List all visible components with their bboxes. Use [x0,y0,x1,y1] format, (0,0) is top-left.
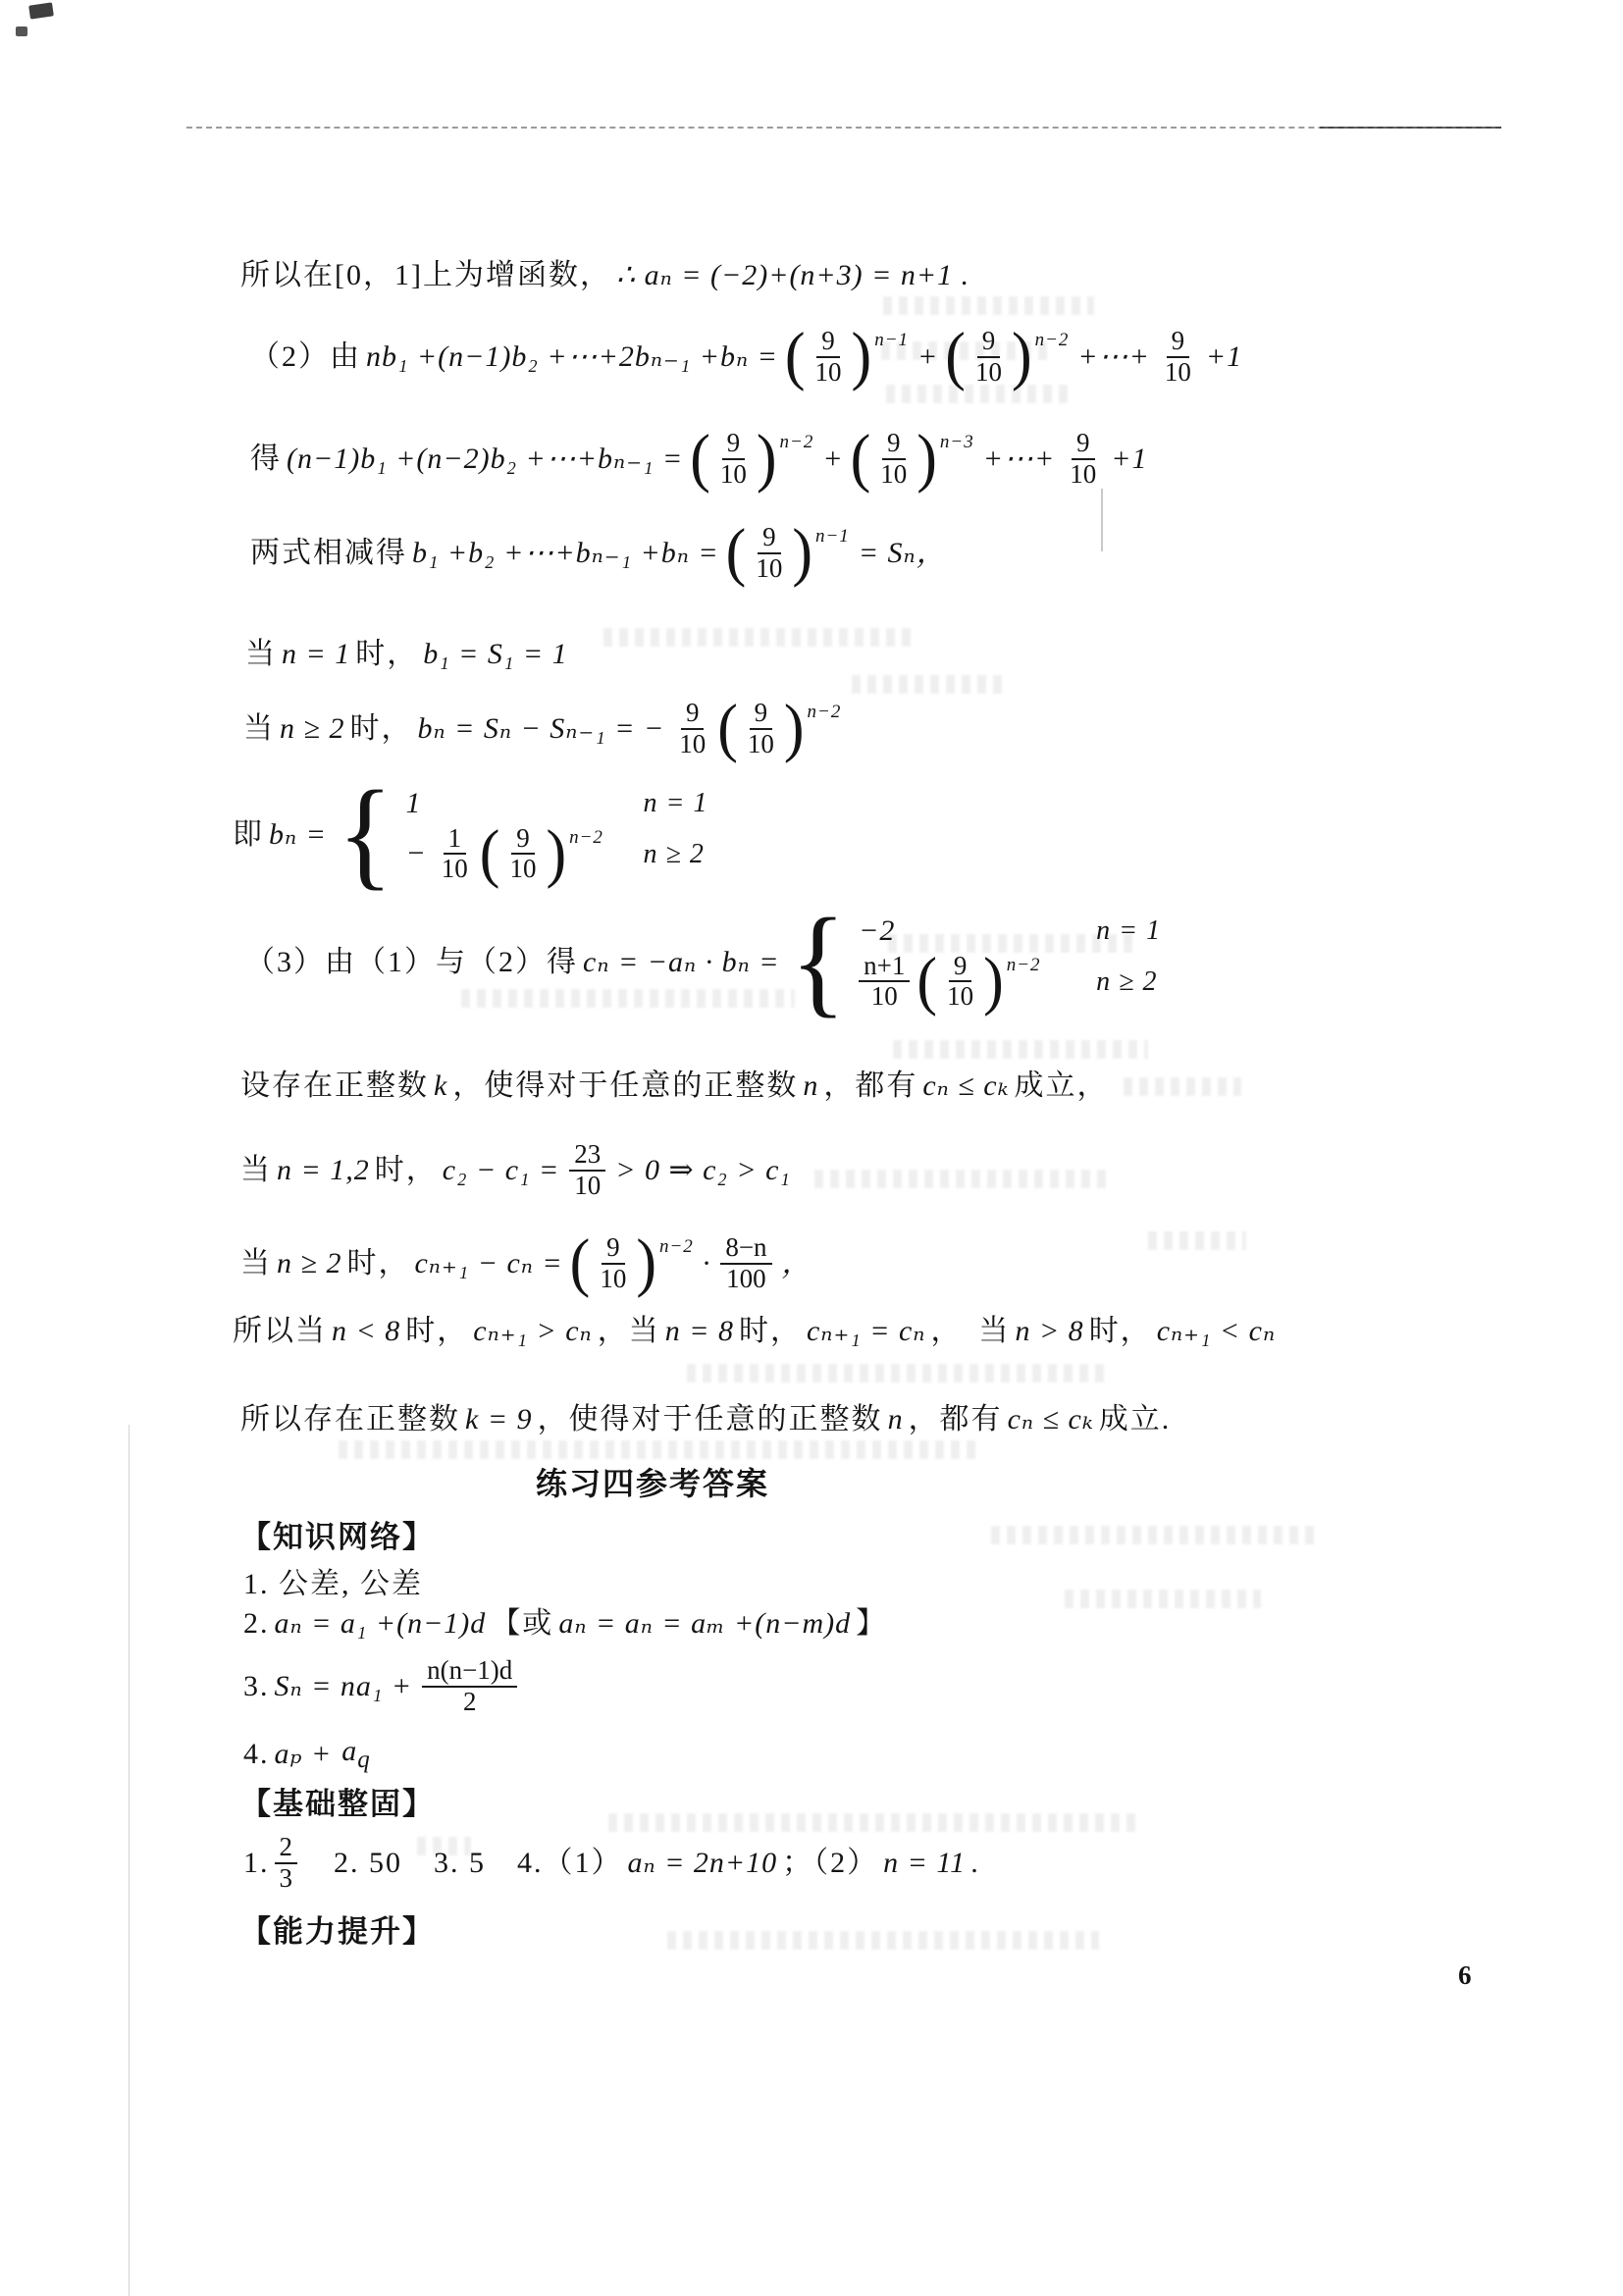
math-run: b₁ +b₂ +⋯+bₙ₋₁ +bₙ = [412,535,719,572]
math-run: n [803,1068,818,1105]
scan-bleedthrough-artifact [608,1813,1138,1832]
text-run: 所以当 [233,1313,327,1350]
text-run: 【或 [491,1605,553,1643]
text-run: 【基础整固】 [240,1786,435,1824]
text-run: 时， [355,636,418,673]
math-run: nb₁ +(n−1)b₂ +⋯+2bₙ₋₁ +bₙ = [366,339,778,376]
fraction-denominator: 10 [595,1265,631,1294]
parenthesized-fraction: (910)n−2 [480,824,605,884]
math-run: cₙ₊₁ = cₙ [807,1313,925,1350]
text-run: 时， [349,710,412,748]
scan-bleedthrough-artifact [886,385,1068,403]
fraction-denominator: 10 [866,982,903,1012]
scanned-page: 所以在[0，1]上为增函数，∴ aₙ = (−2)+(n+3) = n+1 .（… [0,0,1623,2296]
text-run: 当 [240,1245,272,1282]
close-paren: ) [757,431,777,487]
scan-bleedthrough-artifact [339,1440,976,1459]
exponent: n−2 [569,826,603,850]
text-run: 时， [739,1313,802,1350]
case-value: n+110(910)n−2 [854,952,1074,1012]
fraction-numerator: 9 [681,699,705,730]
fraction: n+110 [859,952,910,1012]
fraction: 910 [715,429,752,489]
math-run: k = 9 [465,1401,533,1438]
line-part2-shifted: 得(n−1)b₁ +(n−2)b₂ +⋯+bₙ₋₁ =(910)n−2+(910… [250,429,1153,489]
fraction: 910 [1160,327,1196,387]
scan-solid-line [1320,127,1501,129]
math-run: n ≥ 2 [280,710,344,748]
case-rows: −2n = 1n+110(910)n−2n ≥ 2 [854,913,1161,1012]
case-row: n+110(910)n−2n ≥ 2 [854,952,1161,1012]
open-paren: ( [717,701,738,757]
piecewise-cases: {1n = 1−110(910)n−2n ≥ 2 [338,785,708,884]
fraction-numerator: 9 [949,952,972,983]
text-run: 4. [243,1736,270,1773]
text-run: . [970,1845,980,1882]
math-run: bₙ = Sₙ − Sₙ₋₁ = − [417,710,664,748]
case-rows: 1n = 1−110(910)n−2n ≥ 2 [401,785,708,884]
scan-bleedthrough-artifact [603,628,917,647]
line-part3-cn: （3）由（1）与（2）得cₙ = −aₙ · bₙ ={−2n = 1n+110… [245,913,1161,1012]
text-run: 2. [243,1605,270,1643]
fraction-numerator: 9 [977,327,1001,358]
scan-left-fold-line [129,1425,130,2296]
line-case-n1: 当n = 1时，b₁ = S₁ = 1 [245,636,573,673]
case-condition: n = 1 [644,786,708,820]
answers-title: 练习四参考答案 [0,1464,1305,1503]
scan-bleedthrough-artifact [1148,1231,1246,1250]
math-run: aₙ = a₁ +(n−1)d [275,1605,487,1643]
section-improvement: 【能力提升】 [240,1913,435,1952]
exponent: n−1 [874,329,909,352]
text-run: （2）由 [250,339,361,376]
text-run: 练习四参考答案 [536,1464,769,1503]
scan-bleedthrough-artifact [991,1526,1315,1544]
math-run: bₙ = [269,816,327,854]
scan-bleedthrough-artifact [1065,1590,1261,1608]
math-run: > 0 ⇒ c₂ > c₁ [615,1152,791,1189]
text-run: 得 [250,441,282,478]
text-run: 设存在正整数 [240,1068,429,1105]
open-paren: ( [570,1235,591,1291]
text-run: ；（2） [782,1845,878,1882]
text-run: 即 [233,816,264,854]
text-run: 成立， [1015,1068,1109,1105]
left-brace: { [791,913,847,1011]
case-value: −2 [854,913,1074,950]
fraction-numerator: 9 [511,824,535,856]
text-run: 当 [240,1152,272,1189]
math-run: n = 1,2 [277,1152,370,1189]
line-diff-cn: 当n ≥ 2时，cₙ₊₁ − cₙ =(910)n−2·8−n100， [240,1233,817,1293]
math-run: aₙ = aₙ = aₘ +(n−m)d [558,1605,851,1643]
text-run: ，都有 [823,1068,917,1105]
math-run: Sₙ = na₁ + [275,1668,413,1705]
fraction-denominator: 10 [743,730,779,759]
text-run: ，当 [598,1313,660,1350]
parenthesized-fraction: (910)n−2 [916,952,1042,1012]
exponent: n−1 [815,525,850,548]
fraction-numerator: 1 [444,824,467,856]
fraction-denominator: 10 [811,358,847,388]
case-row: −2n = 1 [854,913,1161,950]
line-bn-piecewise: 即bₙ ={1n = 1−110(910)n−2n ≥ 2 [233,785,707,884]
case-row: 1n = 1 [401,785,708,822]
fraction-denominator: 10 [674,730,710,759]
text-run: （3）由（1）与（2）得 [245,944,578,981]
math-run: + [822,441,843,478]
knowledge-item-4: 4. aₚ +aq [243,1733,376,1775]
close-paren: ) [852,329,872,385]
fraction: 910 [1065,429,1101,489]
exponent: n−2 [1035,329,1070,352]
open-paren: ( [785,329,806,385]
fraction: 2310 [569,1140,605,1200]
text-run: 成立. [1099,1401,1172,1438]
line-subtract: 两式相减得b₁ +b₂ +⋯+bₙ₋₁ +bₙ =(910)n−1= Sₙ， [250,523,952,583]
piecewise-cases: {−2n = 1n+110(910)n−2n ≥ 2 [791,913,1162,1012]
text-run: 1. [243,1845,270,1882]
scan-bleedthrough-artifact [814,1170,1109,1188]
text-run: 1. 公差, 公差 [243,1566,423,1603]
math-run: ∴ aₙ = (−2)+(n+3) = n+1 . [616,257,969,294]
left-brace: { [338,786,393,883]
text-run: 所以在[0，1]上为增函数， [240,257,611,294]
math-run: n ≥ 2 [277,1245,341,1282]
math-run: +⋯+ [983,441,1056,478]
close-paren: ) [784,701,805,757]
math-run: aq [341,1733,371,1775]
fraction: 8−n100 [720,1233,771,1293]
line-case-n2: 当n ≥ 2时，bₙ = Sₙ − Sₙ₋₁ = −910(910)n−2 [243,699,845,758]
scan-dashed-line [186,127,1501,129]
exponent: n−3 [940,431,974,454]
fraction: 23 [275,1833,298,1893]
close-paren: ) [546,826,566,882]
parenthesized-fraction: (910)n−1 [785,327,911,387]
fraction-numerator: n+1 [859,952,910,983]
math-run: n = 1 [282,636,350,673]
open-paren: ( [945,329,966,385]
scan-corner-mark [28,2,54,19]
parenthesized-fraction: (910)n−2 [717,699,843,758]
text-run: ，都有 [909,1401,1003,1438]
fraction-numerator: 8−n [720,1233,771,1265]
exponent: n−2 [659,1235,694,1259]
math-run: c₂ − c₁ = [443,1152,559,1189]
close-paren: ) [916,431,937,487]
open-paren: ( [690,431,710,487]
text-run: ，使得对于任意的正整数 [538,1401,883,1438]
fraction-numerator: 9 [602,1233,625,1265]
section-basics: 【基础整固】 [240,1786,435,1824]
fraction-numerator: 9 [1167,327,1190,358]
text-run: 】 [856,1605,887,1643]
knowledge-item-3: 3. Sₙ = na₁ +n(n−1)d2 [243,1656,522,1716]
text-run: 两式相减得 [250,535,407,572]
open-paren: ( [851,431,871,487]
math-run: +1 [1111,441,1147,478]
math-run: b₁ = S₁ = 1 [423,636,567,673]
fraction-denominator: 10 [715,460,752,490]
math-run: +⋯+ [1077,339,1150,376]
scan-bleedthrough-artifact [852,675,1009,694]
math-run: aₙ = 2n+10 [628,1845,778,1882]
fraction: 910 [595,1233,631,1293]
open-paren: ( [480,826,500,882]
case-condition: n ≥ 2 [644,837,705,871]
scan-bleedthrough-artifact [893,1040,1148,1059]
open-paren: ( [726,525,747,581]
parenthesized-fraction: (910)n−2 [570,1233,696,1293]
case-value: 1 [401,785,622,822]
close-paren: ) [636,1235,656,1291]
scan-corner-mark [16,26,27,36]
fraction: 910 [751,523,787,583]
math-run: cₙ ≤ cₖ [922,1068,1009,1105]
math-run: 1 [406,785,422,822]
scan-bleedthrough-artifact [667,1931,1099,1950]
fraction-numerator: 9 [750,699,773,730]
open-paren: ( [916,954,937,1010]
math-run: n > 8 [1015,1313,1083,1350]
fraction-denominator: 10 [437,855,473,884]
text-run: ，使得对于任意的正整数 [452,1068,798,1105]
line-part2-given: （2）由nb₁ +(n−1)b₂ +⋯+2bₙ₋₁ +bₙ =(910)n−1+… [250,327,1247,387]
knowledge-item-2: 2. aₙ = a₁ +(n−1)d【或aₙ = aₙ = aₘ +(n−m)d… [243,1605,887,1643]
math-run: · [703,1245,711,1282]
fraction: 910 [942,952,978,1012]
text-run: 时， [375,1152,438,1189]
math-run: k [434,1068,447,1105]
fraction-denominator: 10 [1160,358,1196,388]
close-paren: ) [792,525,812,581]
fraction-numerator: 9 [882,429,906,460]
math-run: + [917,339,938,376]
case-condition: n ≥ 2 [1096,965,1157,999]
math-run: aₚ + [275,1736,333,1773]
fraction: 910 [504,824,541,884]
fraction: 910 [811,327,847,387]
text-run: 【能力提升】 [240,1913,435,1952]
fraction-numerator: 23 [569,1140,605,1172]
text-run: 时， [346,1245,409,1282]
fraction-denominator: 10 [569,1172,605,1201]
fraction-denominator: 10 [751,554,787,584]
fraction-numerator: 9 [816,327,840,358]
scan-tick-mark [1101,489,1103,551]
math-run: n = 8 [665,1313,734,1350]
math-run: − [406,835,427,872]
exponent: n−2 [1007,954,1041,977]
parenthesized-fraction: (910)n−2 [945,327,1071,387]
text-run: 当 [243,710,275,748]
fraction-denominator: 10 [504,855,541,884]
fraction-denominator: 10 [875,460,912,490]
fraction-denominator: 100 [721,1265,771,1294]
math-run: cₙ₊₁ − cₙ = [414,1245,562,1282]
fraction-numerator: 9 [1072,429,1095,460]
math-run: −2 [859,913,895,950]
text-run: 时， [405,1313,468,1350]
knowledge-item-1: 1. 公差, 公差 [243,1566,423,1603]
case-value: −110(910)n−2 [401,824,622,884]
parenthesized-fraction: (910)n−2 [690,429,815,489]
fraction: 110 [437,824,473,884]
parenthesized-fraction: (910)n−3 [851,429,976,489]
fraction: 910 [674,699,710,758]
fraction: 910 [875,429,912,489]
close-paren: ) [1012,329,1032,385]
math-run: +1 [1206,339,1242,376]
scan-bleedthrough-artifact [883,296,1094,315]
math-run: cₙ = −aₙ · bₙ = [583,944,780,981]
line-increasing-conclusion: 所以在[0，1]上为增函数，∴ aₙ = (−2)+(n+3) = n+1 . [240,257,974,294]
math-run: cₙ₊₁ > cₙ [473,1313,592,1350]
fraction-denominator: 10 [1065,460,1101,490]
fraction-numerator: 2 [275,1833,298,1864]
case-row: −110(910)n−2n ≥ 2 [401,824,708,884]
fraction-denominator: 10 [942,982,978,1012]
parenthesized-fraction: (910)n−1 [726,523,852,583]
text-run: 3. [243,1668,270,1705]
case-condition: n = 1 [1096,913,1161,948]
math-run: cₙ₊₁ < cₙ [1157,1313,1276,1350]
fraction: 910 [970,327,1007,387]
close-paren: ) [983,954,1004,1010]
scan-bleedthrough-artifact [687,1364,1109,1383]
line-conclusion-k9: 所以存在正整数k = 9，使得对于任意的正整数n，都有cₙ ≤ cₖ成立. [240,1401,1171,1438]
line-assume-k: 设存在正整数k，使得对于任意的正整数n，都有cₙ ≤ cₖ成立， [240,1068,1109,1105]
line-compare-c2c1: 当n = 1,2时，c₂ − c₁ =2310> 0 ⇒ c₂ > c₁ [240,1140,796,1200]
text-run: 【知识网络】 [240,1519,435,1557]
text-run: 当 [245,636,277,673]
section-knowledge-network: 【知识网络】 [240,1519,435,1557]
line-monotonicity: 所以当n < 8时，cₙ₊₁ > cₙ，当n = 8时，cₙ₊₁ = cₙ， 当… [233,1313,1281,1350]
page-number: 6 [1458,1960,1472,1991]
basics-answers: 1. 23 2. 50 3. 5 4.（1）aₙ = 2n+10；（2）n = … [243,1833,980,1893]
fraction-denominator: 2 [458,1688,482,1717]
exponent: n−2 [808,701,842,724]
exponent: n−2 [780,431,814,454]
fraction: 910 [743,699,779,758]
math-run: n = 11 [883,1845,966,1882]
math-run: n [888,1401,904,1438]
fraction-numerator: n(n−1)d [422,1656,517,1688]
text-run: 所以存在正整数 [240,1401,460,1438]
fraction-denominator: 3 [275,1864,298,1894]
math-run: n < 8 [332,1313,400,1350]
fraction-numerator: 9 [758,523,781,554]
math-run: (n−1)b₁ +(n−2)b₂ +⋯+bₙ₋₁ = [287,441,683,478]
text-run: 2. 50 3. 5 4.（1） [302,1845,623,1882]
math-run: = Sₙ， [859,535,947,572]
fraction-denominator: 10 [970,358,1007,388]
math-run: cₙ ≤ cₖ [1008,1401,1094,1438]
math-run: ， [782,1245,812,1282]
scan-bleedthrough-artifact [1124,1077,1241,1096]
text-run: 时， [1089,1313,1152,1350]
fraction-numerator: 9 [722,429,746,460]
fraction: n(n−1)d2 [422,1656,517,1716]
text-run: ， 当 [930,1313,1010,1350]
